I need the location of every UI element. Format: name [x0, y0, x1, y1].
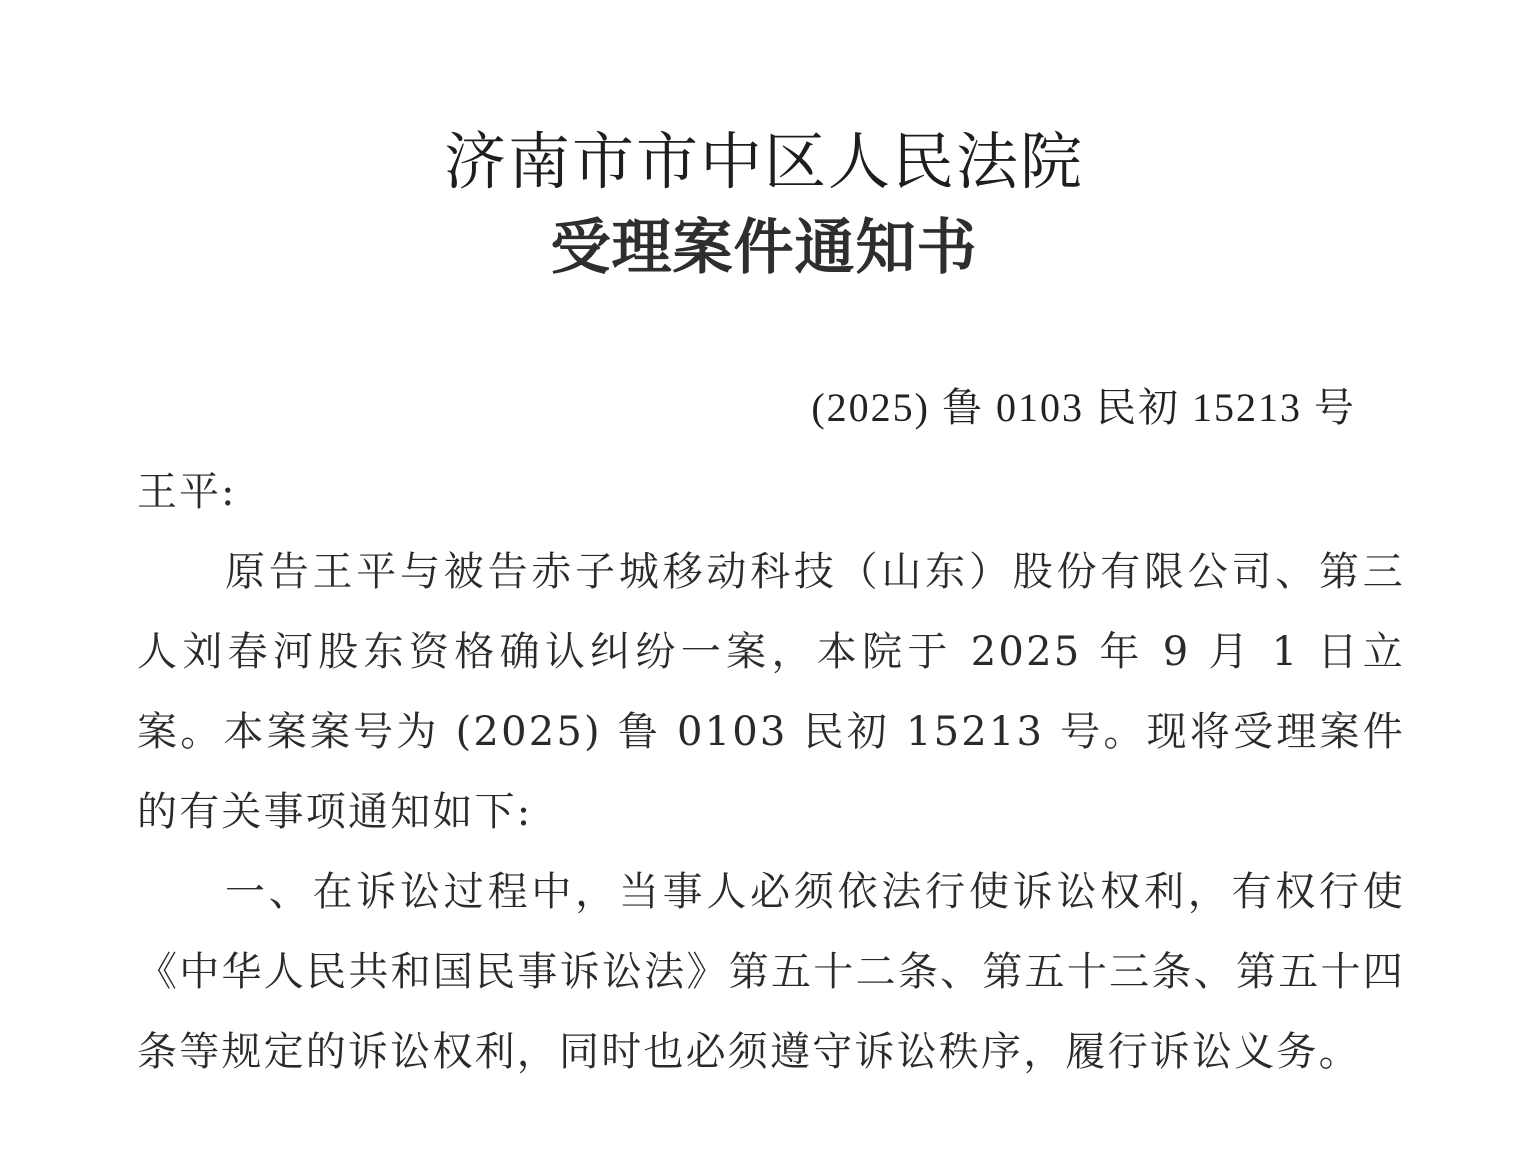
case-number: (2025) 鲁 0103 民初 15213 号 [811, 380, 1356, 436]
notice-paragraph-intro: 原告王平与被告赤子城移动科技（山东）股份有限公司、第三人刘春河股东资格确认纠纷一… [137, 532, 1405, 852]
document-title: 受理案件通知书 [0, 212, 1528, 284]
notice-body-paragraph-1-container: 原告王平与被告赤子城移动科技（山东）股份有限公司、第三人刘春河股东资格确认纠纷一… [137, 532, 1405, 852]
notice-paragraph-item-1: 一、在诉讼过程中，当事人必须依法行使诉讼权利，有权行使《中华人民共和国民事诉讼法… [137, 852, 1405, 1092]
document-page: 济南市市中区人民法院 受理案件通知书 (2025) 鲁 0103 民初 1521… [0, 0, 1528, 1174]
notice-body-paragraph-2-container: 一、在诉讼过程中，当事人必须依法行使诉讼权利，有权行使《中华人民共和国民事诉讼法… [137, 852, 1405, 1092]
court-name-heading: 济南市市中区人民法院 [0, 126, 1528, 198]
addressee: 王平: [137, 452, 236, 532]
